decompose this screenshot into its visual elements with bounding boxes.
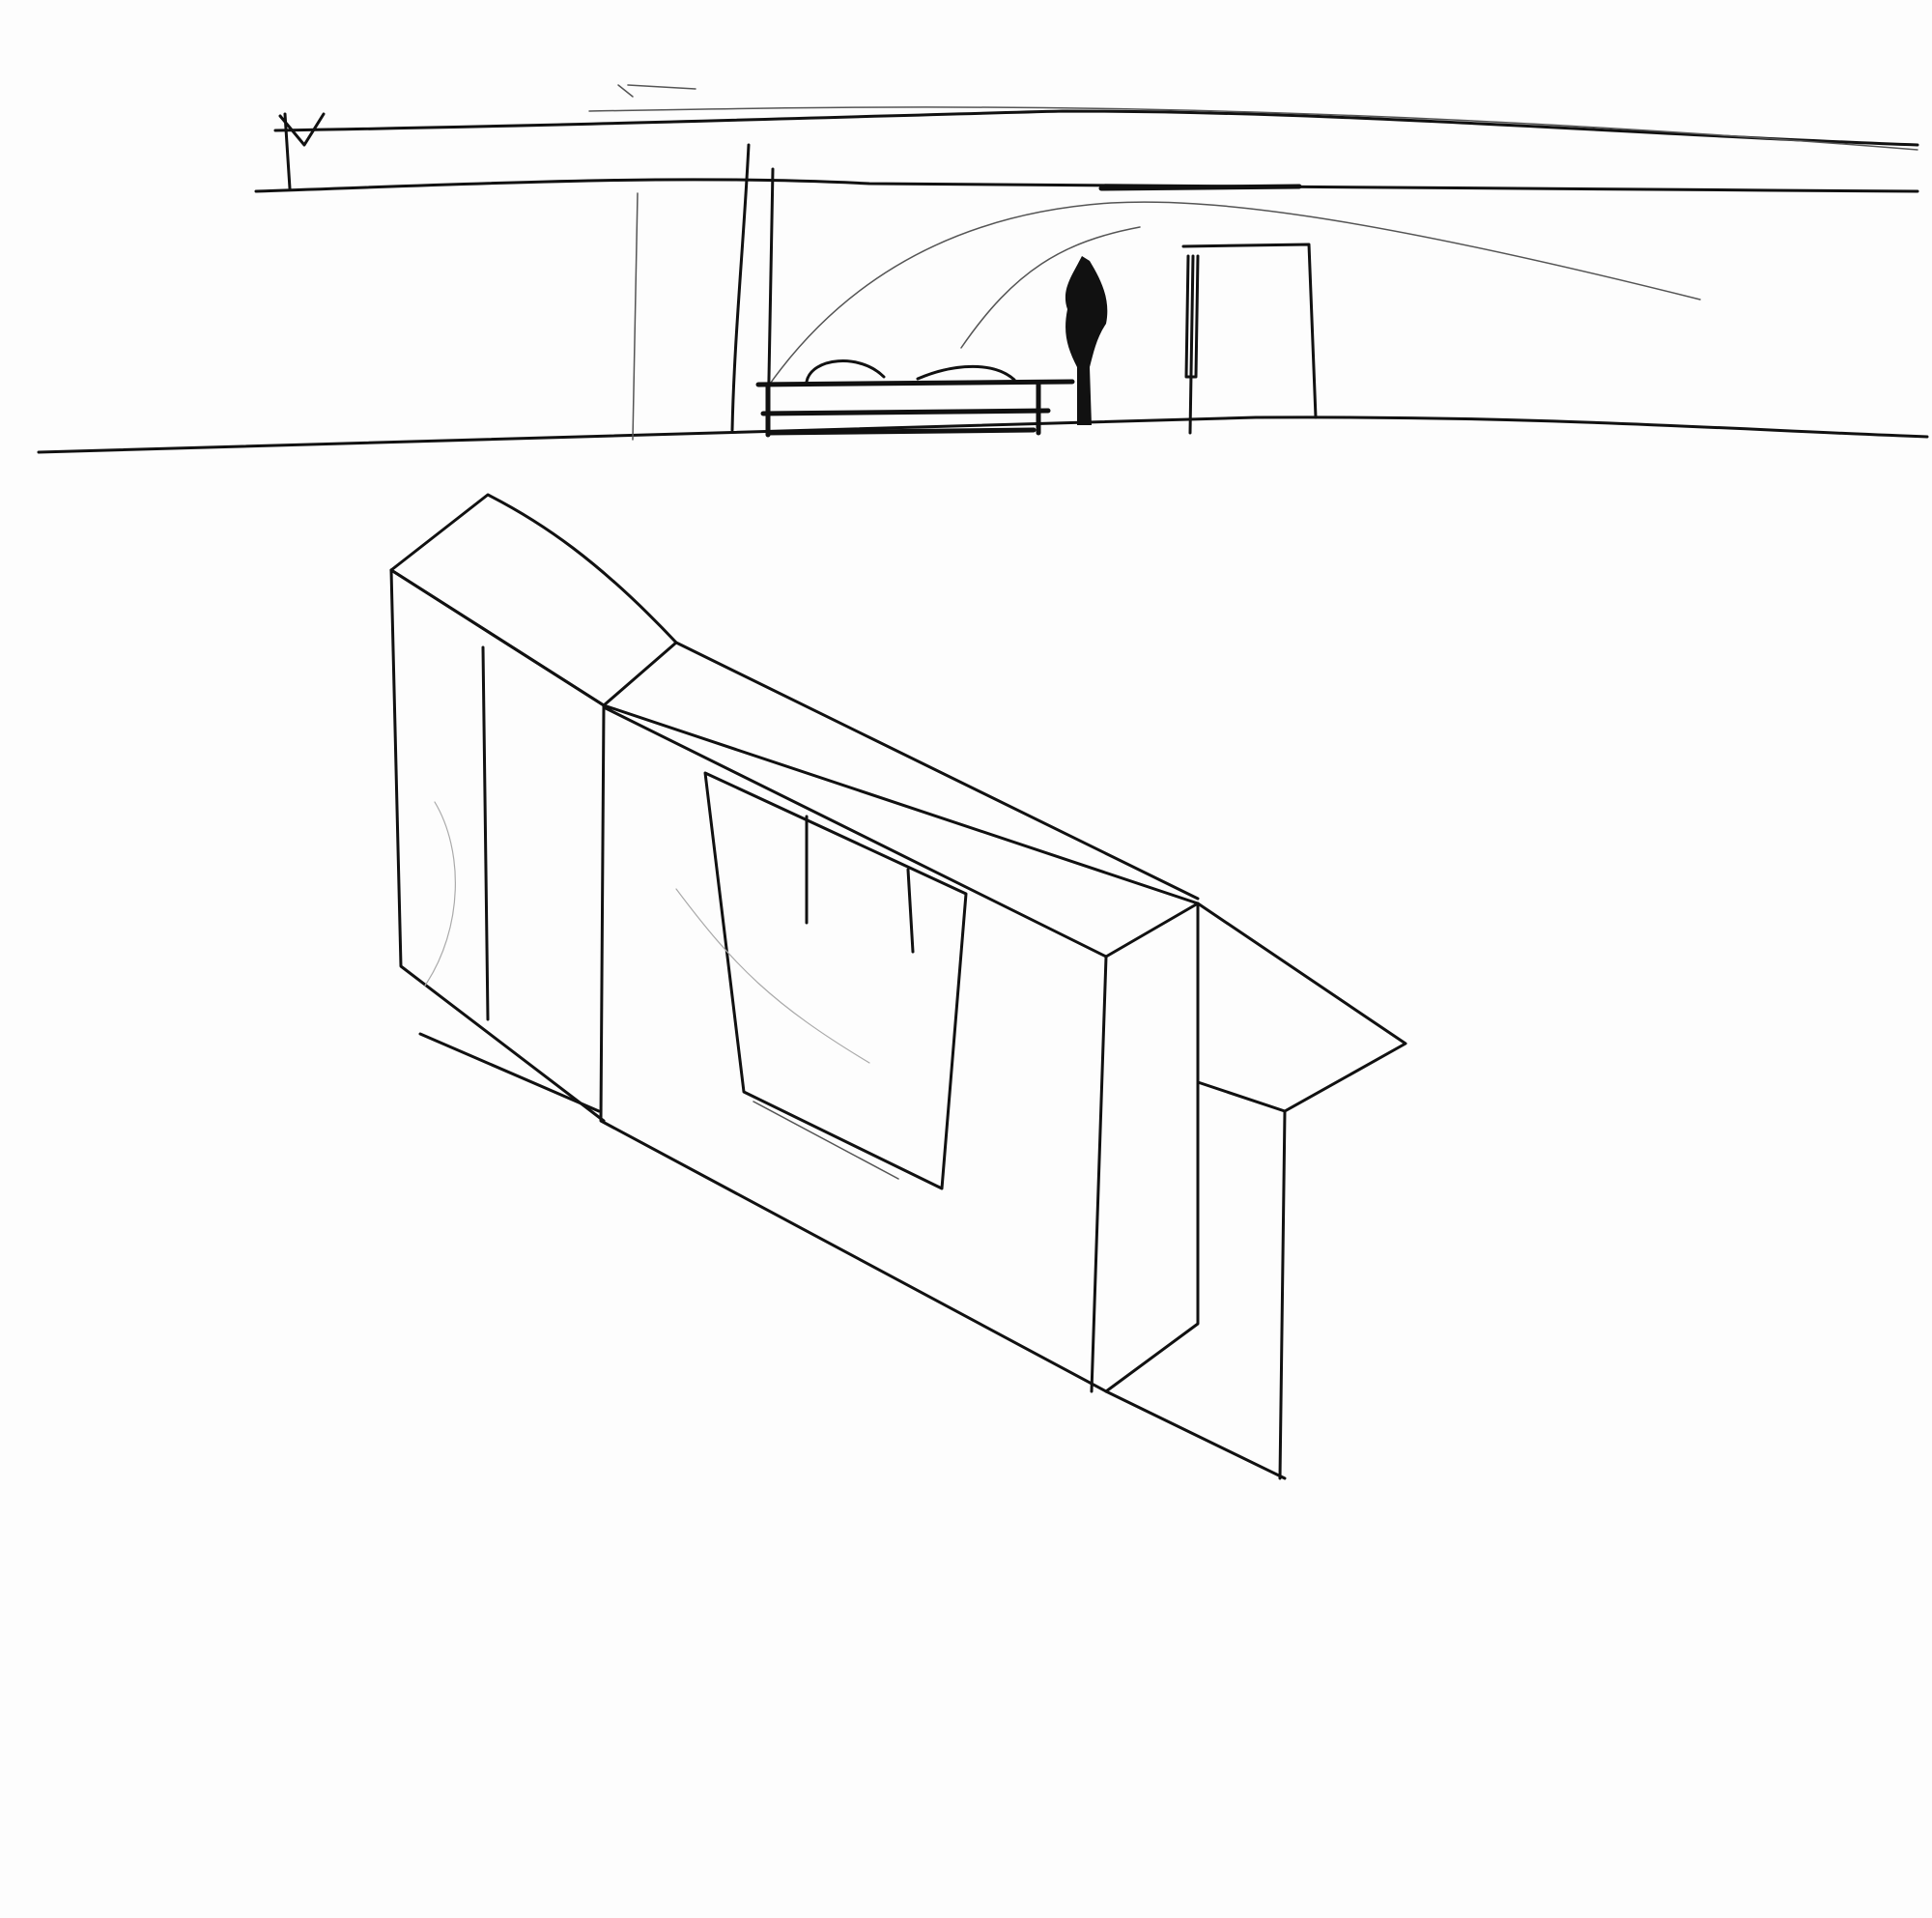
sketch-drawing: [0, 0, 1932, 1918]
sketch-canvas: [0, 0, 1932, 1918]
window-opening: [705, 773, 966, 1188]
tree-silhouette: [1065, 256, 1107, 425]
doorway-frame: [1183, 244, 1316, 433]
axonometric-box: [391, 495, 1406, 1478]
elevation-sketch: [39, 85, 1927, 452]
label-y-mark: [280, 114, 324, 188]
